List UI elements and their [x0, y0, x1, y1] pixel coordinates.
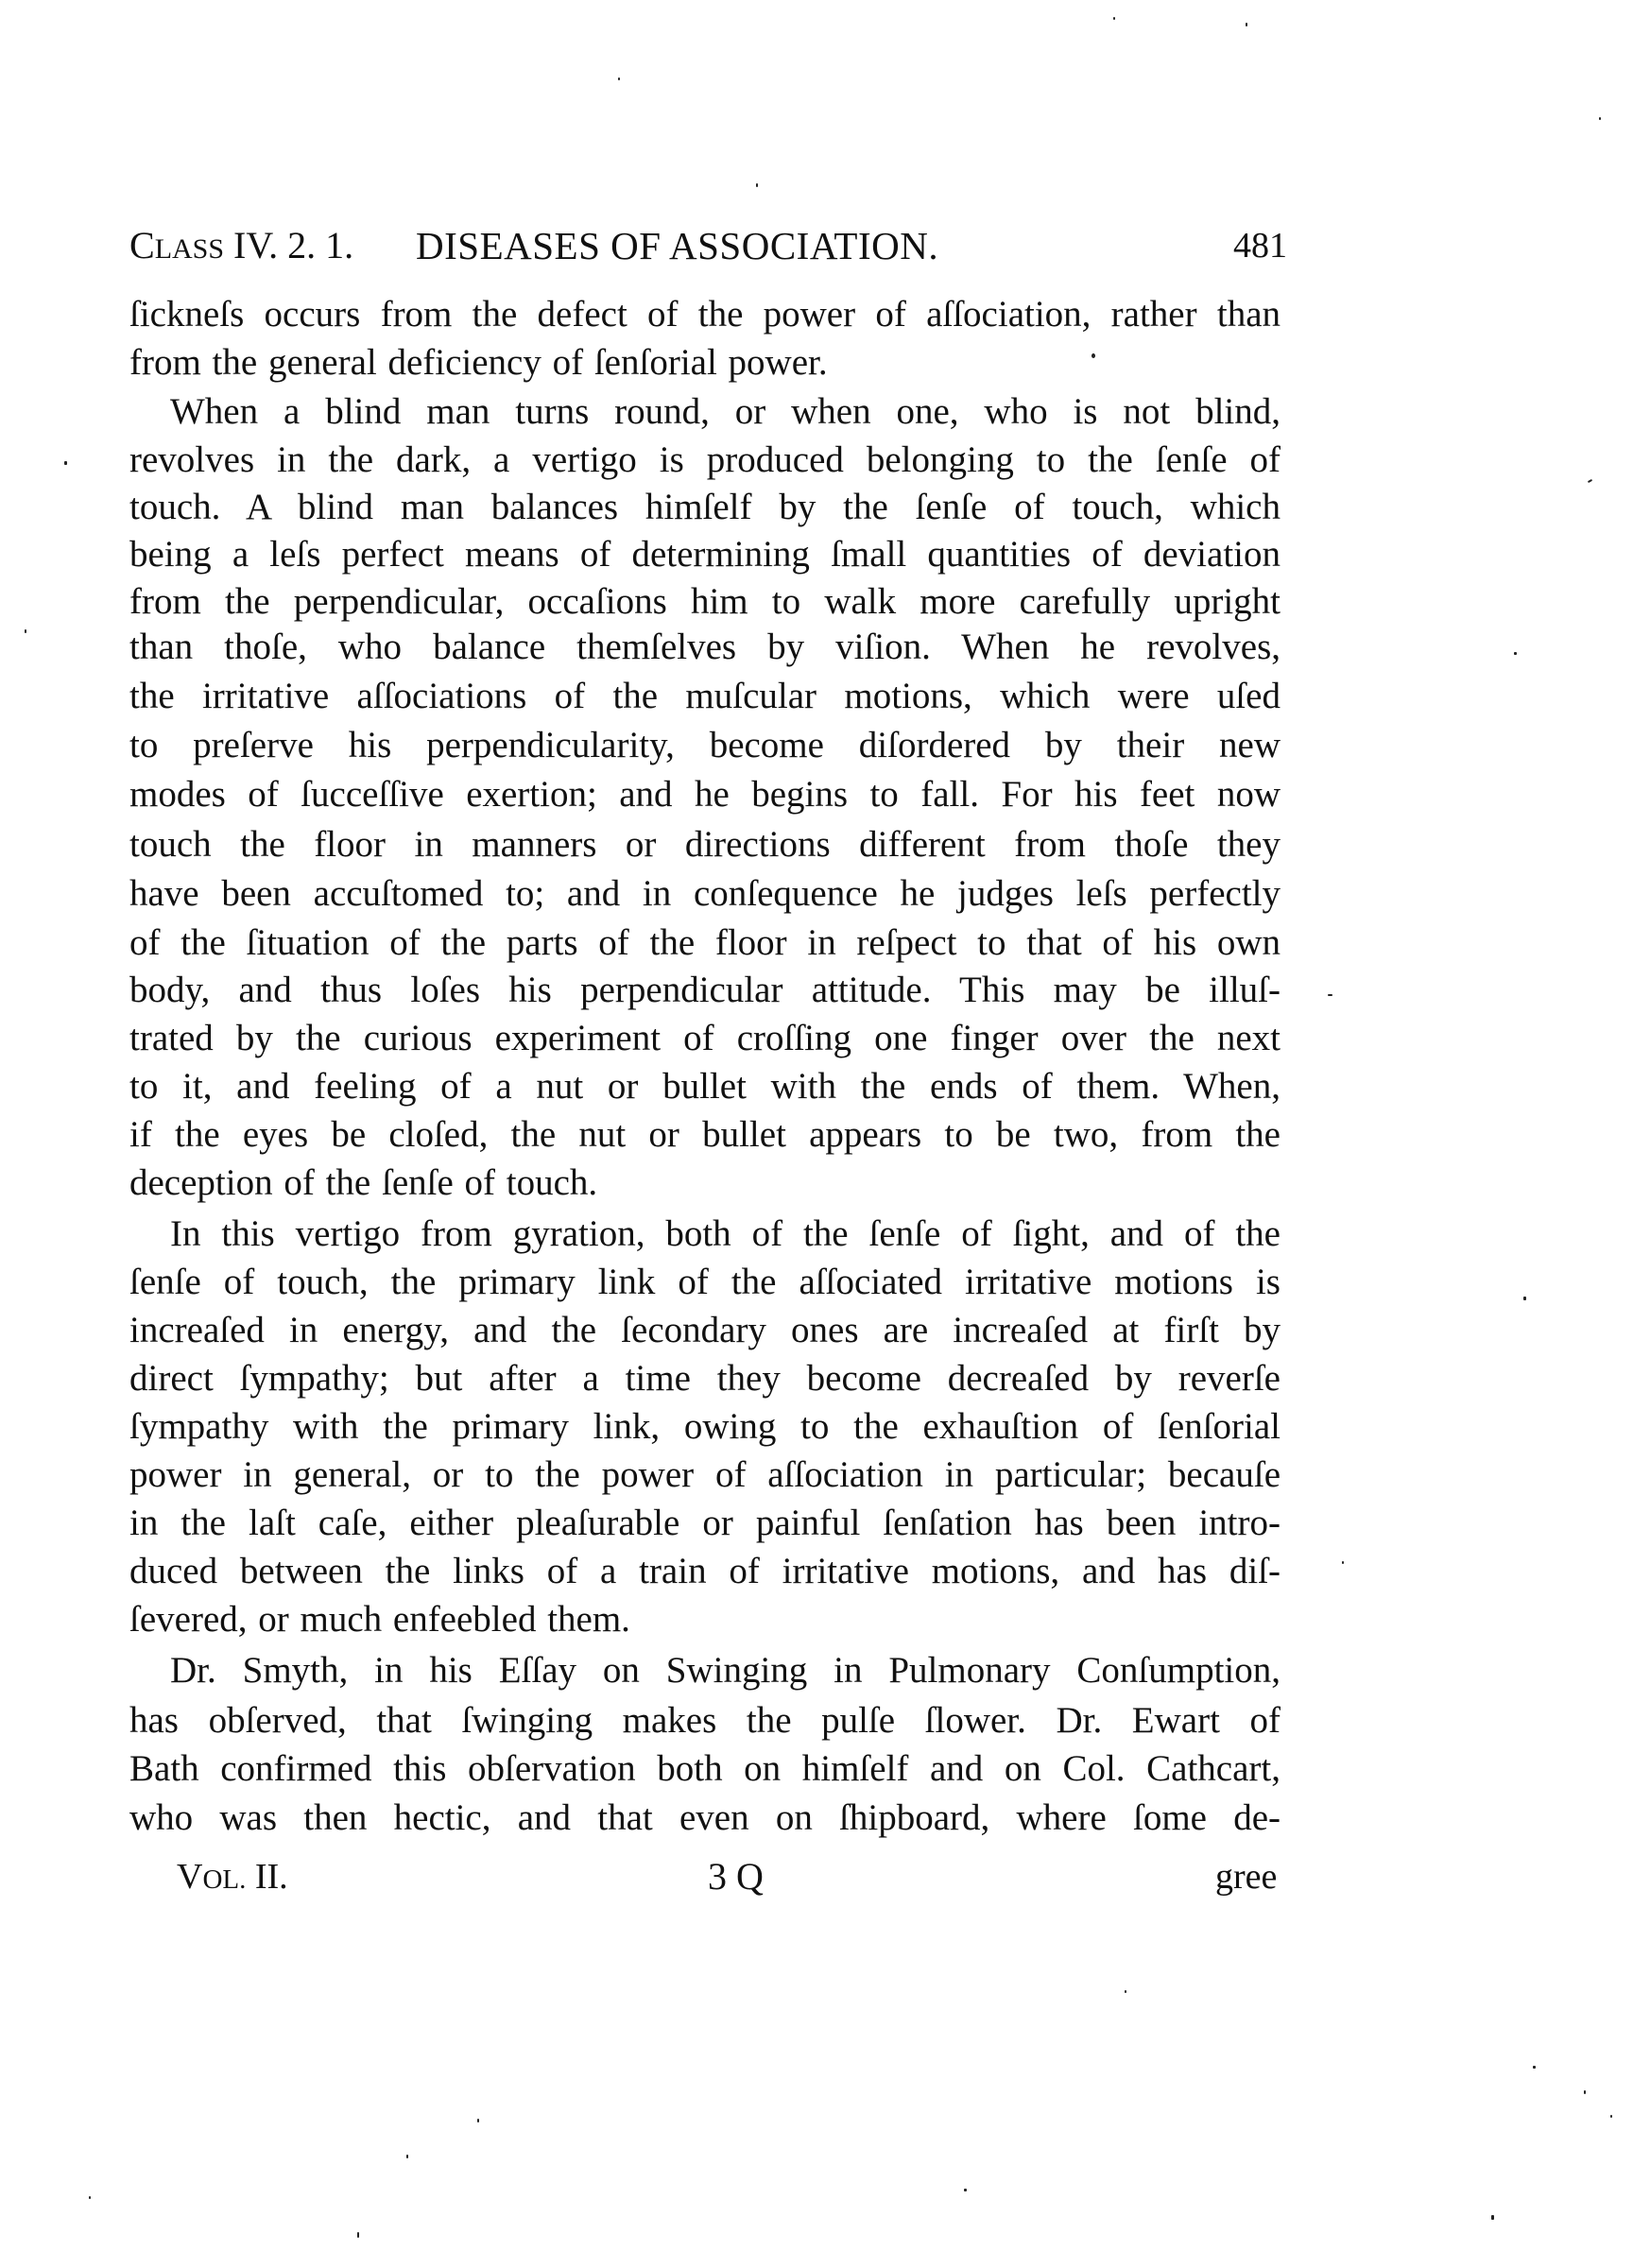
- text-line: who was then hectic, and that even on ſh…: [129, 1794, 1281, 1843]
- scan-speck: [1491, 2215, 1494, 2220]
- text-line: has obſerved, that ſwinging makes the pu…: [129, 1696, 1281, 1745]
- text-line: of the ſituation of the parts of the flo…: [129, 919, 1281, 968]
- text-line: to preſerve his perpendicularity, become…: [129, 721, 1281, 770]
- scan-speck: [406, 2155, 408, 2158]
- scan-speck: [1113, 17, 1115, 20]
- scan-speck: [756, 183, 758, 187]
- text-line: touch the floor in manners or directions…: [129, 820, 1281, 869]
- scan-speck: [1523, 1297, 1526, 1300]
- scan-speck: [1599, 117, 1601, 120]
- text-line: ſickneſs occurs from the defect of the p…: [129, 290, 1281, 339]
- scan-speck: [618, 77, 620, 80]
- scan-speck: [1610, 2115, 1612, 2118]
- scan-speck: [1514, 652, 1517, 655]
- class-label-smallcaps: LASS: [155, 233, 224, 265]
- class-reference: IV. 2. 1.: [224, 224, 353, 266]
- class-label-initial: C: [129, 224, 155, 266]
- scan-speck: [64, 461, 67, 465]
- volume-initial: V: [177, 1857, 202, 1897]
- text-line: ſenſe of touch, the primary link of the …: [129, 1258, 1281, 1307]
- text-line: deception of the ſenſe of touch.: [129, 1159, 1281, 1208]
- text-line: being a leſs perfect means of determinin…: [129, 530, 1281, 579]
- page-number: 481: [1233, 223, 1287, 268]
- paragraph-start-line: In this vertigo from gyration, both of t…: [170, 1210, 1281, 1259]
- text-line: trated by the curious experiment of croſ…: [129, 1014, 1281, 1063]
- text-line: body, and thus loſes his perpendicular a…: [129, 966, 1281, 1015]
- text-line: direct ſympathy; but after a time they b…: [129, 1354, 1281, 1403]
- catchword: gree: [1215, 1854, 1277, 1899]
- text-line: than thoſe, who balance themſelves by vi…: [129, 623, 1281, 672]
- paragraph-start-line: When a blind man turns round, or when on…: [170, 387, 1281, 437]
- text-line: the irritative aſſociations of the muſcu…: [129, 672, 1281, 721]
- text-line: increaſed in energy, and the ſecondary o…: [129, 1306, 1281, 1355]
- volume-smallcaps: OL.: [202, 1864, 246, 1895]
- scan-speck: [1584, 2090, 1586, 2094]
- scan-speck: [89, 2196, 91, 2199]
- signature-mark: 3 Q: [708, 1854, 764, 1899]
- text-line: ſevered, or much enfeebled them.: [129, 1595, 1281, 1644]
- scan-speck: [1533, 2066, 1536, 2069]
- text-line: power in general, or to the power of aſſ…: [129, 1451, 1281, 1500]
- scan-speck: [477, 2119, 479, 2122]
- scan-speck: [1328, 994, 1332, 996]
- text-line: duced between the links of a train of ir…: [129, 1547, 1281, 1596]
- volume-number: II.: [246, 1857, 287, 1897]
- scan-speck: [25, 629, 26, 633]
- text-line: from the perpendicular, occaſions him to…: [129, 577, 1281, 627]
- text-line: have been accuſtomed to; and in conſeque…: [129, 869, 1281, 919]
- text-line: from the general deficiency of ſenſorial…: [129, 338, 1281, 387]
- text-line: in the laſt caſe, either pleaſurable or …: [129, 1499, 1281, 1548]
- book-page: CLASS IV. 2. 1. DISEASES OF ASSOCIATION.…: [0, 0, 1633, 2268]
- text-line: ſympathy with the primary link, owing to…: [129, 1402, 1281, 1452]
- running-head-class: CLASS IV. 2. 1.: [129, 223, 353, 268]
- text-line: if the eyes be cloſed, the nut or bullet…: [129, 1110, 1281, 1160]
- scan-speck: [1342, 1561, 1344, 1564]
- text-line: modes of ſucceſſive exertion; and he beg…: [129, 770, 1281, 819]
- scan-speck: [1092, 353, 1095, 358]
- text-line: Bath confirmed this obſervation both on …: [129, 1744, 1281, 1794]
- text-line: to it, and feeling of a nut or bullet wi…: [129, 1062, 1281, 1111]
- scan-speck: [357, 2232, 359, 2238]
- scan-speck: [1125, 1990, 1126, 1993]
- text-line: revolves in the dark, a vertigo is produ…: [129, 436, 1281, 485]
- text-line: touch. A blind man balances himſelf by t…: [129, 483, 1281, 532]
- running-head-title: DISEASES OF ASSOCIATION.: [416, 223, 938, 268]
- volume-label: VOL. II.: [177, 1854, 288, 1899]
- scan-speck: [964, 2189, 967, 2191]
- scan-speck: [1588, 479, 1592, 483]
- paragraph-start-line: Dr. Smyth, in his Eſſay on Swinging in P…: [170, 1646, 1281, 1695]
- scan-speck: [1246, 23, 1247, 26]
